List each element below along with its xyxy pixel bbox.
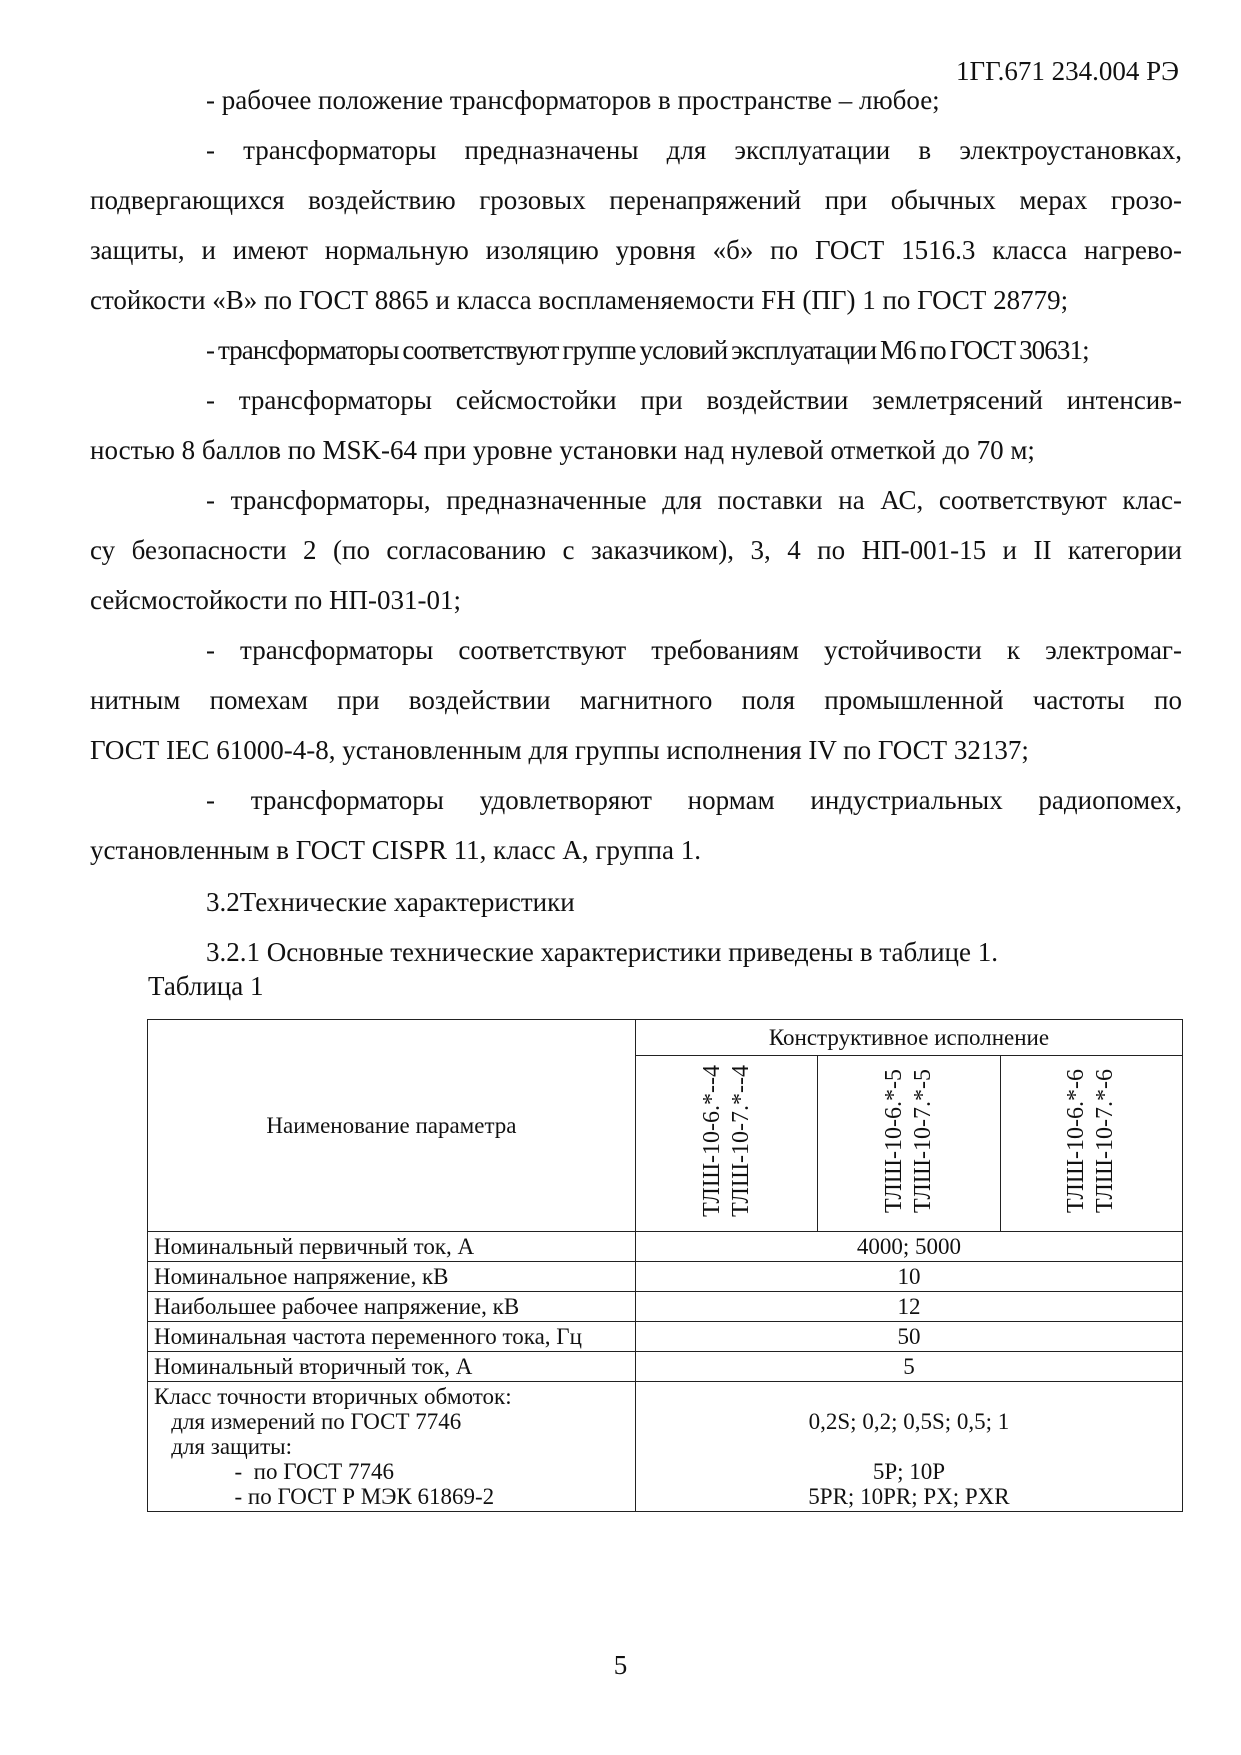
param-value: 50 — [635, 1322, 1182, 1352]
text-line: - трансформаторы соответствуют группе ус… — [206, 335, 1089, 365]
table-row: Номинальный первичный ток, А 4000; 5000 — [148, 1232, 1183, 1262]
param-value: 12 — [635, 1292, 1182, 1322]
variant-header: ТЛШ-10-6.*-6 ТЛШ-10-7.*-6 — [1000, 1056, 1182, 1232]
param-line: для защиты: — [154, 1434, 629, 1459]
text-line: стойкости «В» по ГОСТ 8865 и класса восп… — [90, 275, 1182, 325]
body-text: - рабочее положение трансформаторов в пр… — [148, 75, 1182, 875]
param-value: 5 — [635, 1352, 1182, 1382]
bullet-paragraph: - трансформаторы соответствуют требовани… — [148, 625, 1182, 775]
bullet-paragraph: - трансформаторы соответствуют группе ус… — [148, 325, 1182, 375]
param-value: 0,2S; 0,2; 0,5S; 0,5; 1 5P; 10P 5PR; 10P… — [635, 1382, 1182, 1512]
text-line: - трансформаторы, предназначенные для по… — [148, 475, 1182, 525]
text-line: ГОСТ IEC 61000-4-8, установленным для гр… — [90, 725, 1182, 775]
text-line: нитным помехам при воздействии магнитног… — [90, 675, 1182, 725]
group-header: Конструктивное исполнение — [635, 1020, 1182, 1056]
param-name: Класс точности вторичных обмоток: для из… — [148, 1382, 636, 1512]
text-line: - трансформаторы соответствуют требовани… — [148, 625, 1182, 675]
text-line: - рабочее положение трансформаторов в пр… — [206, 85, 940, 115]
bullet-paragraph: - трансформаторы, предназначенные для по… — [148, 475, 1182, 625]
table-row: Номинальный вторичный ток, А 5 — [148, 1352, 1183, 1382]
table-caption: Таблица 1 — [148, 971, 263, 1002]
variant-label: ТЛШ-10-6.*-6 ТЛШ-10-7.*-6 — [1062, 1069, 1120, 1213]
text-line: - трансформаторы удовлетворяют нормам ин… — [148, 775, 1182, 825]
table-row: Наибольшее рабочее напряжение, кВ 12 — [148, 1292, 1183, 1322]
text-line: - трансформаторы предназначены для экспл… — [148, 125, 1182, 175]
param-name: Номинальное напряжение, кВ — [148, 1262, 636, 1292]
variant-header: ТЛШ-10-6.*-5 ТЛШ-10-7.*-5 — [818, 1056, 1000, 1232]
param-value: 4000; 5000 — [635, 1232, 1182, 1262]
param-name: Номинальная частота переменного тока, Гц — [148, 1322, 636, 1352]
page-number: 5 — [0, 1650, 1241, 1681]
variant-header: ТЛШ-10-6.*--4 ТЛШ-10-7.*--4 — [635, 1056, 817, 1232]
text-line: защиты, и имеют нормальную изоляцию уров… — [90, 225, 1182, 275]
value-line: 5PR; 10PR; PX; PXR — [642, 1484, 1176, 1509]
param-header: Наименование параметра — [148, 1020, 636, 1232]
param-line: - по ГОСТ Р МЭК 61869-2 — [154, 1484, 629, 1509]
text-line: ностью 8 баллов по MSK-64 при уровне уст… — [90, 425, 1182, 475]
param-line: - по ГОСТ 7746 — [154, 1459, 629, 1484]
section-heading: 3.2Технические характеристики — [206, 887, 575, 918]
variant-label: ТЛШ-10-6.*-5 ТЛШ-10-7.*-5 — [880, 1069, 938, 1213]
table-row: Номинальная частота переменного тока, Гц… — [148, 1322, 1183, 1352]
param-value: 10 — [635, 1262, 1182, 1292]
variant-label: ТЛШ-10-6.*--4 ТЛШ-10-7.*--4 — [698, 1065, 756, 1217]
specifications-table: Наименование параметра Конструктивное ис… — [147, 1019, 1183, 1512]
param-name: Номинальный первичный ток, А — [148, 1232, 636, 1262]
section-subheading: 3.2.1 Основные технические характеристик… — [206, 937, 998, 968]
bullet-paragraph: - рабочее положение трансформаторов в пр… — [148, 75, 1182, 125]
text-line: установленным в ГОСТ CISPR 11, класс А, … — [90, 825, 1182, 875]
text-line: сейсмостойкости по НП-031-01; — [90, 575, 1182, 625]
value-line — [642, 1384, 1176, 1409]
table-row: Номинальное напряжение, кВ 10 — [148, 1262, 1183, 1292]
param-name: Наибольшее рабочее напряжение, кВ — [148, 1292, 636, 1322]
text-line: подвергающихся воздействию грозовых пере… — [90, 175, 1182, 225]
value-line — [642, 1434, 1176, 1459]
bullet-paragraph: - трансформаторы предназначены для экспл… — [148, 125, 1182, 325]
text-line: - трансформаторы сейсмостойки при воздей… — [148, 375, 1182, 425]
param-line: для измерений по ГОСТ 7746 — [154, 1409, 629, 1434]
bullet-paragraph: - трансформаторы сейсмостойки при воздей… — [148, 375, 1182, 475]
param-name: Номинальный вторичный ток, А — [148, 1352, 636, 1382]
param-line: Класс точности вторичных обмоток: — [154, 1384, 629, 1409]
value-line: 5P; 10P — [642, 1459, 1176, 1484]
text-line: су безопасности 2 (по согласованию с зак… — [90, 525, 1182, 575]
table-row-accuracy: Класс точности вторичных обмоток: для из… — [148, 1382, 1183, 1512]
value-line: 0,2S; 0,2; 0,5S; 0,5; 1 — [642, 1409, 1176, 1434]
bullet-paragraph: - трансформаторы удовлетворяют нормам ин… — [148, 775, 1182, 875]
